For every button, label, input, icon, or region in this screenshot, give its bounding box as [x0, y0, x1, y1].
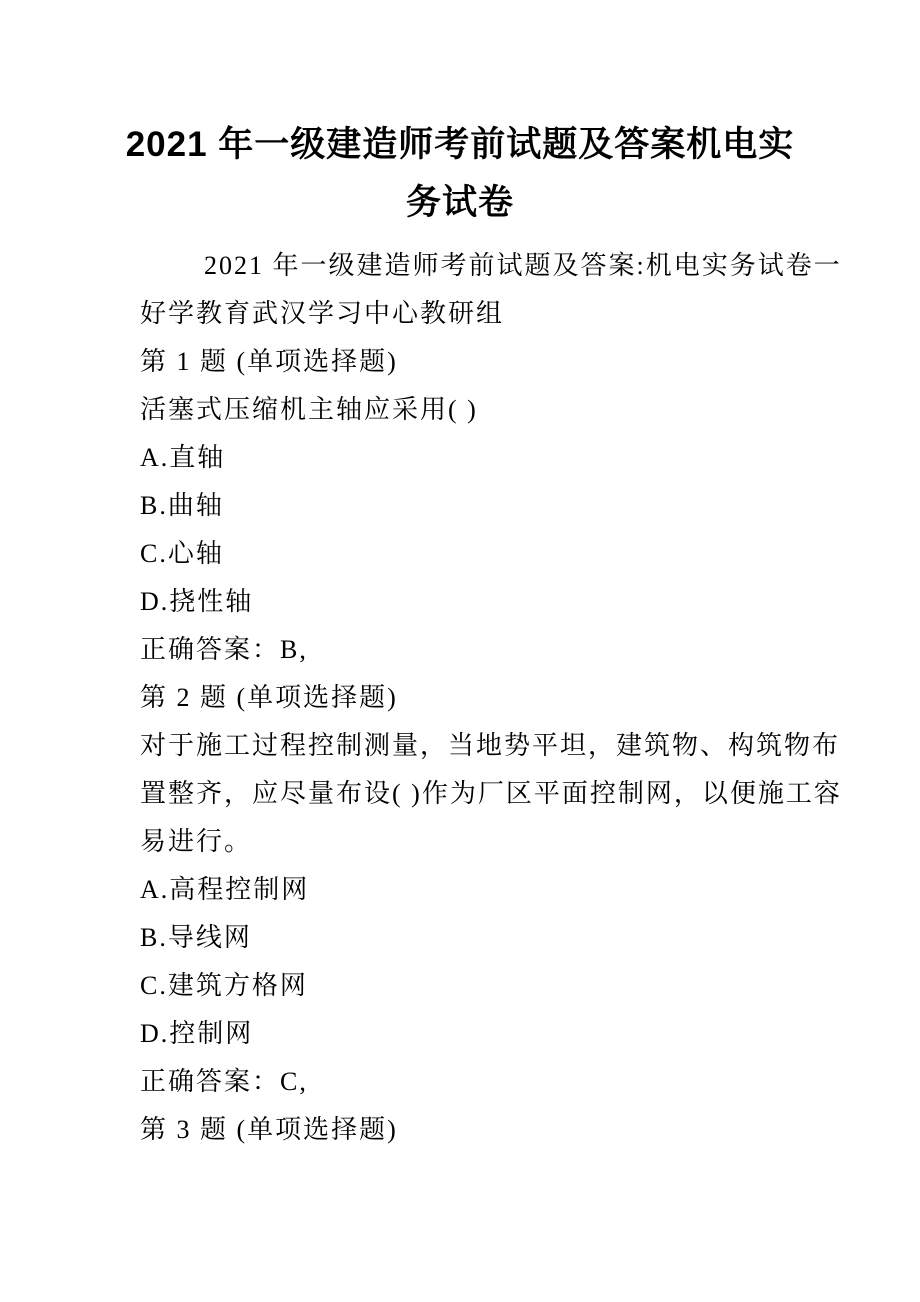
question-1-option-b: B.曲轴	[140, 482, 790, 530]
question-3-header: 第 3 题 (单项选择题)	[140, 1106, 790, 1154]
question-2-stem-line-3: 易进行。	[140, 818, 790, 866]
question-1-stem: 活塞式压缩机主轴应采用( )	[140, 386, 790, 434]
question-1-option-a: A.直轴	[140, 434, 790, 482]
question-1-option-c: C.心轴	[140, 530, 790, 578]
question-2-answer: 正确答案：C,	[140, 1058, 790, 1106]
question-2-option-c: C.建筑方格网	[140, 962, 790, 1010]
document-title: 2021 年一级建造师考前试题及答案机电实 务试卷	[40, 116, 880, 232]
document-body: 2021 年一级建造师考前试题及答案:机电实务试卷一 好学教育武汉学习中心教研组…	[140, 242, 790, 1154]
question-2-option-d: D.控制网	[140, 1010, 790, 1058]
title-line-1: 2021 年一级建造师考前试题及答案机电实	[40, 116, 880, 174]
question-1-header: 第 1 题 (单项选择题)	[140, 338, 790, 386]
organization-line: 好学教育武汉学习中心教研组	[140, 290, 790, 338]
question-2-stem-line-1: 对于施工过程控制测量，当地势平坦，建筑物、构筑物布	[140, 722, 790, 770]
question-1-option-d: D.挠性轴	[140, 578, 790, 626]
question-2-option-a: A.高程控制网	[140, 866, 790, 914]
title-line-2: 务试卷	[40, 174, 880, 232]
document-page: 2021 年一级建造师考前试题及答案机电实 务试卷 2021 年一级建造师考前试…	[0, 0, 920, 1302]
question-2-header: 第 2 题 (单项选择题)	[140, 674, 790, 722]
question-2-stem-line-2: 置整齐，应尽量布设( )作为厂区平面控制网，以便施工容	[140, 770, 790, 818]
subtitle-line: 2021 年一级建造师考前试题及答案:机电实务试卷一	[140, 242, 790, 290]
question-1-answer: 正确答案：B,	[140, 626, 790, 674]
question-2-option-b: B.导线网	[140, 914, 790, 962]
